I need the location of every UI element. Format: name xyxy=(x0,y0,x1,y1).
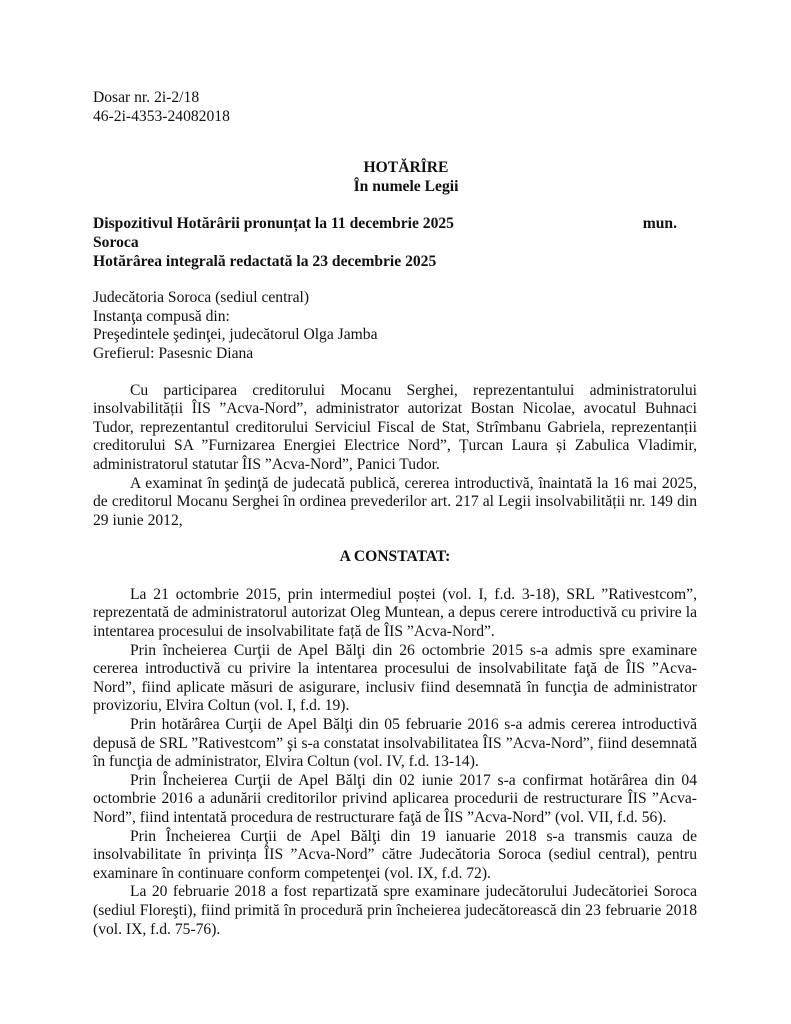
finding-paragraph: Prin Încheierea Curţii de Apel Bălţi din… xyxy=(93,828,697,884)
court-name: Judecătoria Soroca (sediul central) xyxy=(93,289,697,308)
case-file-number: Dosar nr. 2i-2/18 xyxy=(93,89,697,108)
presiding-judge: Preşedintele şedinţei, judecătorul Olga … xyxy=(93,326,697,345)
document-title-block: HOTĂRÎRE În numele Legii xyxy=(93,159,697,196)
location-municipality: mun. xyxy=(643,215,697,234)
dispozitiv-date: Dispozitivul Hotărârii pronunțat la 11 d… xyxy=(93,215,454,234)
pronouncement-block: Dispozitivul Hotărârii pronunțat la 11 d… xyxy=(93,215,697,271)
court-composition: Judecătoria Soroca (sediul central) Inst… xyxy=(93,289,697,363)
document-page: Dosar nr. 2i-2/18 46-2i-4353-24082018 HO… xyxy=(93,89,697,939)
finding-paragraph: Prin Încheierea Curţii de Apel Bălţi din… xyxy=(93,772,697,828)
finding-paragraph: La 21 octombrie 2015, prin intermediul p… xyxy=(93,586,697,642)
integral-date: Hotărârea integrală redactată la 23 dece… xyxy=(93,253,697,272)
pronouncement-row: Dispozitivul Hotărârii pronunțat la 11 d… xyxy=(93,215,697,234)
location-city: Soroca xyxy=(93,234,697,253)
examination-paragraph: A examinat în şedinţă de judecată public… xyxy=(93,475,697,531)
finding-paragraph: Prin hotărârea Curţii de Apel Bălţi din … xyxy=(93,716,697,772)
document-subtitle: În numele Legii xyxy=(115,178,697,197)
finding-paragraph: Prin încheierea Curţii de Apel Bălţi din… xyxy=(93,642,697,716)
composition-label: Instanţa compusă din: xyxy=(93,308,697,327)
court-clerk: Grefierul: Pasesnic Diana xyxy=(93,345,697,364)
participants-paragraph: Cu participarea creditorului Mocanu Serg… xyxy=(93,382,697,475)
section-heading-constatat: A CONSTATAT: xyxy=(93,548,697,567)
document-title: HOTĂRÎRE xyxy=(115,159,697,178)
case-id: 46-2i-4353-24082018 xyxy=(93,108,697,127)
finding-paragraph: La 20 februarie 2018 a fost repartizată … xyxy=(93,883,697,939)
